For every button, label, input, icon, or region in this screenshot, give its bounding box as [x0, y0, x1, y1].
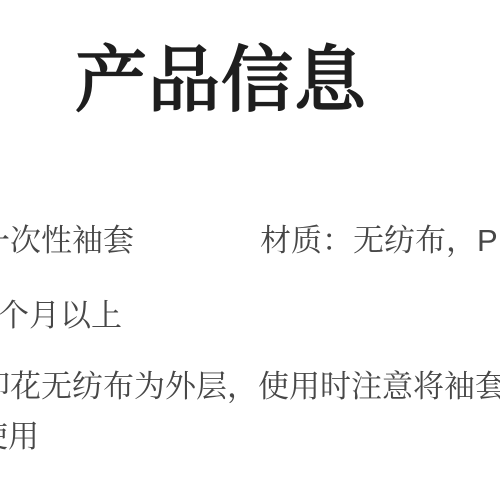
usage-note-line-2: 使用 [0, 420, 39, 454]
material-text: 材质：无纺布，P [260, 224, 498, 258]
product-info-page: 产品信息 一次性袖套 材质：无纺布，P 个月以上 印花无纺布为外层，使用时注意将… [0, 0, 500, 500]
usage-note-line-1: 印花无纺布为外层，使用时注意将袖套 [0, 370, 500, 404]
page-title: 产品信息 [75, 42, 367, 120]
product-name-text: 一次性袖套 [0, 224, 134, 258]
duration-text: 个月以上 [0, 299, 122, 333]
